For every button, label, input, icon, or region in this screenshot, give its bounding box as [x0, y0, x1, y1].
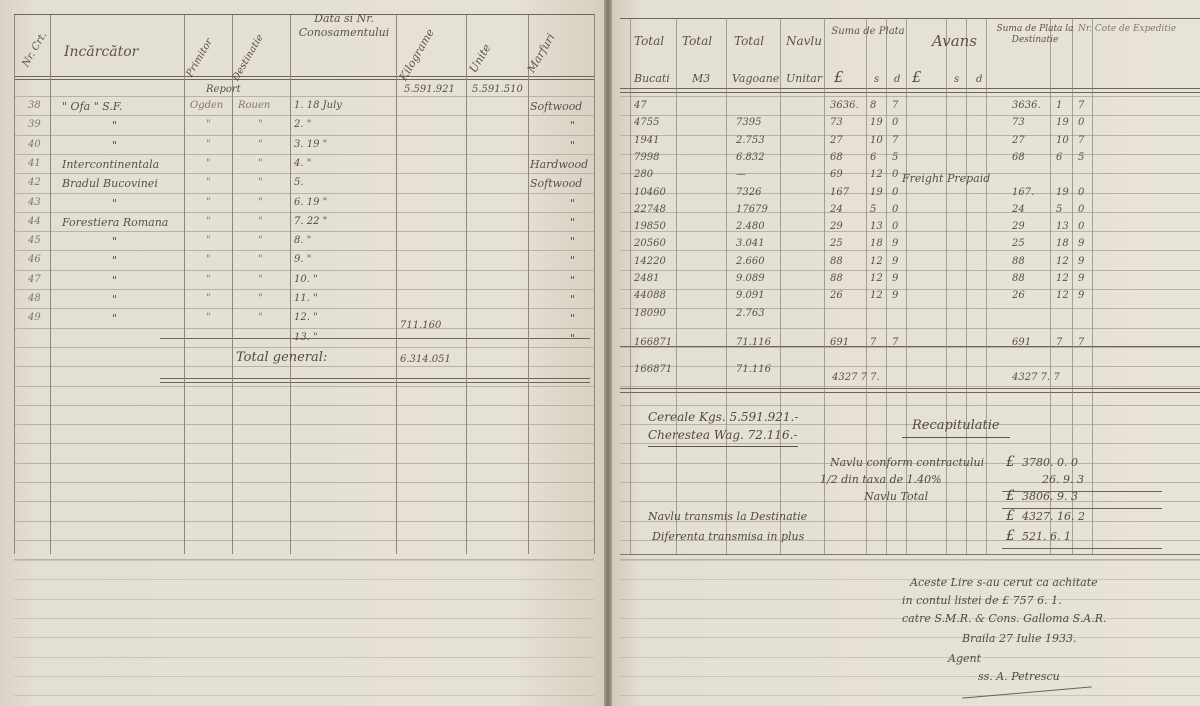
grand-total-vagoane: 71.116: [736, 364, 771, 375]
row-destinatie: ": [258, 274, 263, 285]
row-data: 12. ": [294, 312, 318, 323]
row-primitor: ": [206, 177, 211, 188]
table-row: 42Bradul Bucovinei""5.Softwood: [0, 177, 600, 195]
row-plata-pound: 69: [830, 169, 843, 180]
row-bucati: 44088: [634, 290, 666, 301]
row-dest-pound: 167.: [1012, 187, 1034, 198]
row-data: 8. ": [294, 235, 311, 246]
row-plata-pound: 27: [830, 135, 843, 146]
note-line: Agent: [948, 652, 981, 665]
row-plata-pence: 9: [892, 273, 898, 284]
row-dest-pence: 9: [1078, 273, 1084, 284]
row-nr: 40: [28, 139, 41, 150]
grand-total-bucati: 166871: [634, 364, 672, 375]
row-plata-pound: 24: [830, 204, 843, 215]
row-plata-pence: 7: [892, 100, 898, 111]
row-dest-pound: 25: [1012, 238, 1025, 249]
table-row: 13. "": [0, 332, 600, 350]
row-nr: 44: [28, 216, 41, 227]
row-plata-shilling: 12: [870, 256, 883, 267]
row-plata-shilling: 18: [870, 238, 883, 249]
table-row: 142202.6608812988129: [612, 256, 1200, 272]
row-incarcator: " Ofa " S.F.: [62, 100, 122, 113]
row-plata-pound: 691: [830, 337, 849, 348]
header-avans: Avans: [932, 32, 977, 50]
row-dest-pound: 691: [1012, 337, 1031, 348]
ruled-line: [14, 424, 594, 425]
row-plata-shilling: 19: [870, 117, 883, 128]
header-divider: [14, 76, 594, 77]
recap-row: Diferenta transmisa in plus£521. 6. 1: [612, 530, 1200, 546]
cherestea-line: Cherestea Wag. 72.116.-: [648, 428, 798, 447]
row-dest-pence: 7: [1078, 100, 1084, 111]
row-marfa: ": [570, 119, 575, 132]
table-row: 48"""11. "": [0, 293, 600, 311]
row-dest-shilling: 7: [1056, 337, 1062, 348]
table-row: 440889.0912612926129: [612, 290, 1200, 306]
row-primitor: ": [206, 216, 211, 227]
ledger-right-page: Total Total Total Navlu Suma de Plata Av…: [612, 0, 1200, 706]
header-unitati: Unite: [467, 42, 494, 75]
row-primitor: ": [206, 119, 211, 130]
row-primitor: ": [206, 254, 211, 265]
row-dest-pound: 88: [1012, 273, 1025, 284]
row-plata-pound: 3636.: [830, 100, 859, 111]
row-incarcator: Forestiera Romana: [62, 216, 168, 229]
row-dest-shilling: 5: [1056, 204, 1062, 215]
row-destinatie: Rouen: [238, 100, 270, 111]
row-dest-pound: 68: [1012, 152, 1025, 163]
recap-currency: £: [1006, 528, 1015, 544]
row-plata-pound: 73: [830, 117, 843, 128]
row-data: 7. 22 ": [294, 216, 327, 227]
row-marfa: ": [570, 139, 575, 152]
ruled-line: [14, 96, 594, 97]
row-plata-pence: 7: [892, 337, 898, 348]
row-destinatie: ": [258, 139, 263, 150]
row-plata-pence: 0: [892, 221, 898, 232]
row-vagoane: 2.763: [736, 308, 765, 319]
note-line: ss. A. Petrescu: [978, 670, 1060, 683]
row-plata-pence: 9: [892, 290, 898, 301]
row-plata-pence: 9: [892, 256, 898, 267]
header-divider: [620, 92, 1200, 93]
header-nr-crt: Nr. Crt.: [20, 30, 49, 69]
row-plata-pence: 0: [892, 117, 898, 128]
row-plata-pence: 0: [892, 204, 898, 215]
row-dest-pound: 73: [1012, 117, 1025, 128]
recap-row: Navlu transmis la Destinatie£4327. 16. 2: [612, 510, 1200, 526]
recap-underline: [1002, 508, 1162, 509]
row-marfa: ": [570, 235, 575, 248]
row-destinatie: ": [258, 312, 263, 323]
row-incarcator: ": [112, 119, 117, 132]
row-dest-shilling: 12: [1056, 256, 1069, 267]
ruled-line: [14, 657, 594, 658]
row-incarcator: ": [112, 254, 117, 267]
report-label: Report: [206, 84, 241, 95]
recap-value: 26. 9. 3: [1042, 473, 1084, 486]
ruled-line: [620, 657, 1200, 658]
subheader-bucati: Bucati: [634, 72, 670, 85]
table-row: 205603.0412518925189: [612, 238, 1200, 254]
ruled-line: [620, 96, 1200, 97]
row-marfa: ": [570, 216, 575, 229]
row-plata-shilling: 8: [870, 100, 876, 111]
ledger-left-page: Nr. Crt. Incărcător Primitor Destinatie …: [0, 0, 604, 706]
table-row: 24819.0898812988129: [612, 273, 1200, 289]
row-plata-pound: 29: [830, 221, 843, 232]
row-incarcator: ": [112, 293, 117, 306]
row-data: 2. ": [294, 119, 311, 130]
row-bucati: 10460: [634, 187, 666, 198]
ruled-line: [14, 501, 594, 502]
recap-value: 521. 6. 1: [1022, 530, 1071, 543]
row-primitor: ": [206, 312, 211, 323]
row-plata-shilling: 12: [870, 273, 883, 284]
header-data-conosament: Data si Nr. Conosamentului: [296, 12, 392, 40]
row-plata-pence: 5: [892, 152, 898, 163]
row-dest-pence: 0: [1078, 117, 1084, 128]
row-vagoane: 9.091: [736, 290, 765, 301]
row-primitor: ": [206, 235, 211, 246]
row-vagoane: 9.089: [736, 273, 765, 284]
row-dest-pound: 26: [1012, 290, 1025, 301]
row-dest-pence: 7: [1078, 135, 1084, 146]
row-bucati: 47: [634, 100, 647, 111]
row-dest-pence: 9: [1078, 238, 1084, 249]
subheader-pence: d: [894, 74, 900, 85]
recap-underline: [1002, 548, 1162, 549]
subheader-avans-pound: £: [912, 68, 922, 86]
recap-row: Navlu Total£3806. 9. 3: [612, 490, 1200, 506]
table-row: 79986.83268656865: [612, 152, 1200, 168]
book-gutter: [604, 0, 612, 706]
recap-value: 3806. 9. 3: [1022, 490, 1078, 503]
header-suma-destinatie: Suma de Plata la Destinatie: [990, 24, 1080, 46]
row-destinatie: ": [258, 235, 263, 246]
table-row: 475573957319073190: [612, 117, 1200, 133]
row-marfa: ": [570, 293, 575, 306]
row-incarcator: Bradul Bucovinei: [62, 177, 158, 190]
table-row: 104607326167190167.190: [612, 187, 1200, 203]
row-data: 4. ": [294, 158, 311, 169]
row-nr: 45: [28, 235, 41, 246]
row-destinatie: ": [258, 293, 263, 304]
row-dest-shilling: 13: [1056, 221, 1069, 232]
recap-currency: £: [1006, 454, 1015, 470]
row-incarcator: ": [112, 312, 117, 325]
grand-total-plata: 4327 7 7.: [832, 372, 880, 383]
row-bucati: 4755: [634, 117, 659, 128]
table-row: 49"""12. "": [0, 312, 600, 330]
table-row: 227481767924502450: [612, 204, 1200, 220]
ruled-line: [620, 676, 1200, 677]
subtotal-kg: 711.160: [400, 320, 441, 331]
row-bucati: 166871: [634, 337, 672, 348]
row-nr: 42: [28, 177, 41, 188]
ruled-line: [620, 637, 1200, 638]
row-primitor: ": [206, 293, 211, 304]
table-row: 16687171.1166917769177: [612, 337, 1200, 353]
header-total-bucati: Total: [634, 34, 664, 48]
row-nr: 47: [28, 274, 41, 285]
report-unitati: 5.591.510: [472, 84, 523, 95]
recap-value: 4327. 16. 2: [1022, 510, 1085, 523]
row-nr: 39: [28, 119, 41, 130]
row-plata-shilling: 12: [870, 169, 883, 180]
row-primitor: ": [206, 139, 211, 150]
row-nr: 41: [28, 158, 41, 169]
row-plata-shilling: 5: [870, 204, 876, 215]
recap-label: Navlu Total: [864, 490, 928, 503]
ruled-line: [14, 637, 594, 638]
total-rule: [160, 378, 590, 379]
table-row: 180902.763: [612, 308, 1200, 324]
row-plata-pound: 167: [830, 187, 849, 198]
row-vagoane: —: [736, 169, 746, 180]
row-incarcator: ": [112, 274, 117, 287]
recap-label: Navlu conform contractului: [830, 456, 984, 469]
ruled-line: [14, 540, 594, 541]
recap-value: 3780. 0. 0: [1022, 456, 1078, 469]
row-dest-shilling: 19: [1056, 117, 1069, 128]
row-primitor: ": [206, 197, 211, 208]
row-destinatie: ": [258, 119, 263, 130]
row-marfa: Softwood: [530, 177, 582, 190]
row-bucati: 19850: [634, 221, 666, 232]
note-line: Aceste Lire s-au cerut ca achitate: [910, 576, 1098, 589]
recap-label: Navlu transmis la Destinatie: [648, 510, 807, 523]
note-line: catre S.M.R. & Cons. Galloma S.A.R.: [902, 612, 1106, 625]
note-line: Braila 27 Iulie 1933.: [962, 632, 1076, 645]
bottom-rule: [620, 554, 1200, 555]
row-destinatie: ": [258, 216, 263, 227]
row-data: 5.: [294, 177, 304, 188]
row-dest-pence: 0: [1078, 187, 1084, 198]
row-dest-pound: 3636.: [1012, 100, 1041, 111]
row-nr: 48: [28, 293, 41, 304]
ruled-line: [14, 695, 594, 696]
row-dest-pence: 7: [1078, 337, 1084, 348]
row-dest-pence: 9: [1078, 256, 1084, 267]
row-incarcator: ": [112, 139, 117, 152]
row-plata-pence: 0: [892, 187, 898, 198]
ruled-line: [14, 482, 594, 483]
row-plata-pence: 7: [892, 135, 898, 146]
header-suma-plata: Suma de Plata: [830, 26, 906, 38]
ruled-line: [14, 676, 594, 677]
row-marfa: ": [570, 254, 575, 267]
row-bucati: 14220: [634, 256, 666, 267]
row-bucati: 20560: [634, 238, 666, 249]
ruled-line: [14, 386, 594, 387]
row-data: 10. ": [294, 274, 318, 285]
row-vagoane: 7395: [736, 117, 761, 128]
table-row: 198502.4802913029130: [612, 221, 1200, 237]
header-divider: [14, 79, 594, 80]
recap-currency: £: [1006, 508, 1015, 524]
row-incarcator: Intercontinentala: [62, 158, 159, 171]
row-dest-pound: 29: [1012, 221, 1025, 232]
row-dest-shilling: 1: [1056, 100, 1062, 111]
ruled-line: [14, 560, 594, 561]
row-data: 13. ": [294, 332, 318, 343]
recap-label: Diferenta transmisa in plus: [652, 530, 804, 543]
header-total-vagoane: Total: [734, 34, 764, 48]
table-row: 40"""3. 19 "": [0, 139, 600, 157]
row-plata-shilling: 6: [870, 152, 876, 163]
table-row: 43"""6. 19 "": [0, 197, 600, 215]
grand-total-destinatie: 4327 7. 7: [1012, 372, 1060, 383]
avans-note: Freight Prepaid: [902, 172, 990, 185]
recap-title: Recapitulatie: [902, 418, 1010, 438]
subheader-avans-shilling: s: [954, 74, 959, 85]
subheader-avans-pence: d: [976, 74, 982, 85]
row-plata-shilling: 10: [870, 135, 883, 146]
row-dest-shilling: 12: [1056, 290, 1069, 301]
row-destinatie: ": [258, 197, 263, 208]
row-vagoane: 6.832: [736, 152, 765, 163]
row-plata-shilling: 13: [870, 221, 883, 232]
ruled-line: [14, 443, 594, 444]
subheader-unitar: Unitar: [786, 72, 822, 85]
row-marfa: ": [570, 332, 575, 345]
row-data: 3. 19 ": [294, 139, 327, 150]
ruled-line: [14, 405, 594, 406]
row-dest-shilling: 18: [1056, 238, 1069, 249]
subheader-m3: M3: [692, 72, 710, 85]
row-dest-pence: 0: [1078, 204, 1084, 215]
row-data: 11. ": [294, 293, 318, 304]
row-marfa: ": [570, 274, 575, 287]
note-line: in contul listei de £ 757 6. 1.: [902, 594, 1062, 607]
row-plata-pound: 26: [830, 290, 843, 301]
row-plata-shilling: 12: [870, 290, 883, 301]
ruled-line: [14, 599, 594, 600]
row-plata-shilling: 19: [870, 187, 883, 198]
header-incarcator: Incărcător: [64, 44, 138, 60]
total-general-kg: 6.314.051: [400, 354, 451, 365]
row-bucati: 7998: [634, 152, 659, 163]
ruled-line: [620, 560, 1200, 561]
row-bucati: 1941: [634, 135, 659, 146]
row-vagoane: 7326: [736, 187, 761, 198]
row-nr: 43: [28, 197, 41, 208]
row-plata-pence: 9: [892, 238, 898, 249]
subheader-vagoane: Vagoane: [732, 72, 779, 85]
row-nr: 49: [28, 312, 41, 323]
row-bucati: 18090: [634, 308, 666, 319]
row-primitor: Ogden: [190, 100, 223, 111]
recap-currency: £: [1006, 488, 1015, 504]
table-row: 19412.7532710727107: [612, 135, 1200, 151]
row-dest-pence: 0: [1078, 221, 1084, 232]
row-destinatie: ": [258, 158, 263, 169]
header-kilograme: Kilograme: [397, 27, 437, 83]
header-divider: [620, 88, 1200, 89]
recap-label: 1/2 din taxa de 1.40%: [820, 473, 942, 486]
row-vagoane: 2.480: [736, 221, 765, 232]
row-plata-pound: 25: [830, 238, 843, 249]
subheader-pound: £: [834, 68, 844, 86]
ruled-line: [14, 463, 594, 464]
row-bucati: 2481: [634, 273, 659, 284]
row-plata-pound: 88: [830, 256, 843, 267]
row-data: 1. 18 July: [294, 100, 342, 111]
row-bucati: 22748: [634, 204, 666, 215]
row-plata-pound: 68: [830, 152, 843, 163]
header-marfuri: Marfuri: [525, 31, 558, 75]
total-rule: [620, 388, 1200, 389]
recap-row: 1/2 din taxa de 1.40%26. 9. 3: [612, 473, 1200, 489]
row-vagoane: 3.041: [736, 238, 765, 249]
ruled-line: [620, 386, 1200, 387]
row-plata-pound: 88: [830, 273, 843, 284]
row-marfa: Softwood: [530, 100, 582, 113]
ruled-line: [620, 366, 1200, 367]
row-vagoane: 2.660: [736, 256, 765, 267]
row-data: 9. ": [294, 254, 311, 265]
table-row: 44Forestiera Romana""7. 22 "": [0, 216, 600, 234]
table-row: 41Intercontinentala""4. "Hardwood: [0, 158, 600, 176]
recap-row: Navlu conform contractului£3780. 0. 0: [612, 456, 1200, 472]
row-dest-shilling: 12: [1056, 273, 1069, 284]
row-incarcator: ": [112, 197, 117, 210]
ruled-line: [14, 521, 594, 522]
row-nr: 38: [28, 100, 41, 111]
table-row: 473636.873636.17: [612, 100, 1200, 116]
cereale-line: Cereale Kgs. 5.591.921.-: [648, 410, 798, 424]
row-marfa: Hardwood: [530, 158, 588, 171]
total-general-label: Total general:: [236, 350, 327, 365]
ruled-line: [620, 328, 1200, 329]
ruled-line: [620, 695, 1200, 696]
table-row: 47"""10. "": [0, 274, 600, 292]
total-rule: [620, 392, 1200, 393]
subheader-shilling: s: [874, 74, 879, 85]
header-navlu: Navlu: [786, 34, 822, 48]
row-bucati: 280: [634, 169, 653, 180]
row-data: 6. 19 ": [294, 197, 327, 208]
row-dest-pound: 88: [1012, 256, 1025, 267]
row-plata-pence: 0: [892, 169, 898, 180]
row-vagoane: 71.116: [736, 337, 771, 348]
header-total-m3: Total: [682, 34, 712, 48]
row-dest-shilling: 6: [1056, 152, 1062, 163]
ruled-line: [14, 618, 594, 619]
ruled-line: [14, 579, 594, 580]
row-destinatie: ": [258, 254, 263, 265]
row-dest-pound: 24: [1012, 204, 1025, 215]
row-primitor: ": [206, 158, 211, 169]
header-primitor: Primitor: [184, 37, 215, 79]
table-row: 39"""2. "": [0, 119, 600, 137]
row-plata-shilling: 7: [870, 337, 876, 348]
signature-flourish: [962, 686, 1092, 698]
row-dest-pound: 27: [1012, 135, 1025, 146]
table-row: 38" Ofa " S.F.OgdenRouen1. 18 JulySoftwo…: [0, 100, 600, 118]
row-vagoane: 17679: [736, 204, 768, 215]
row-dest-shilling: 19: [1056, 187, 1069, 198]
row-dest-pence: 5: [1078, 152, 1084, 163]
row-marfa: ": [570, 197, 575, 210]
ruled-line: [620, 405, 1200, 406]
row-marfa: ": [570, 312, 575, 325]
top-rule: [620, 18, 1200, 19]
total-rule: [160, 382, 590, 383]
table-row: 45"""8. "": [0, 235, 600, 253]
